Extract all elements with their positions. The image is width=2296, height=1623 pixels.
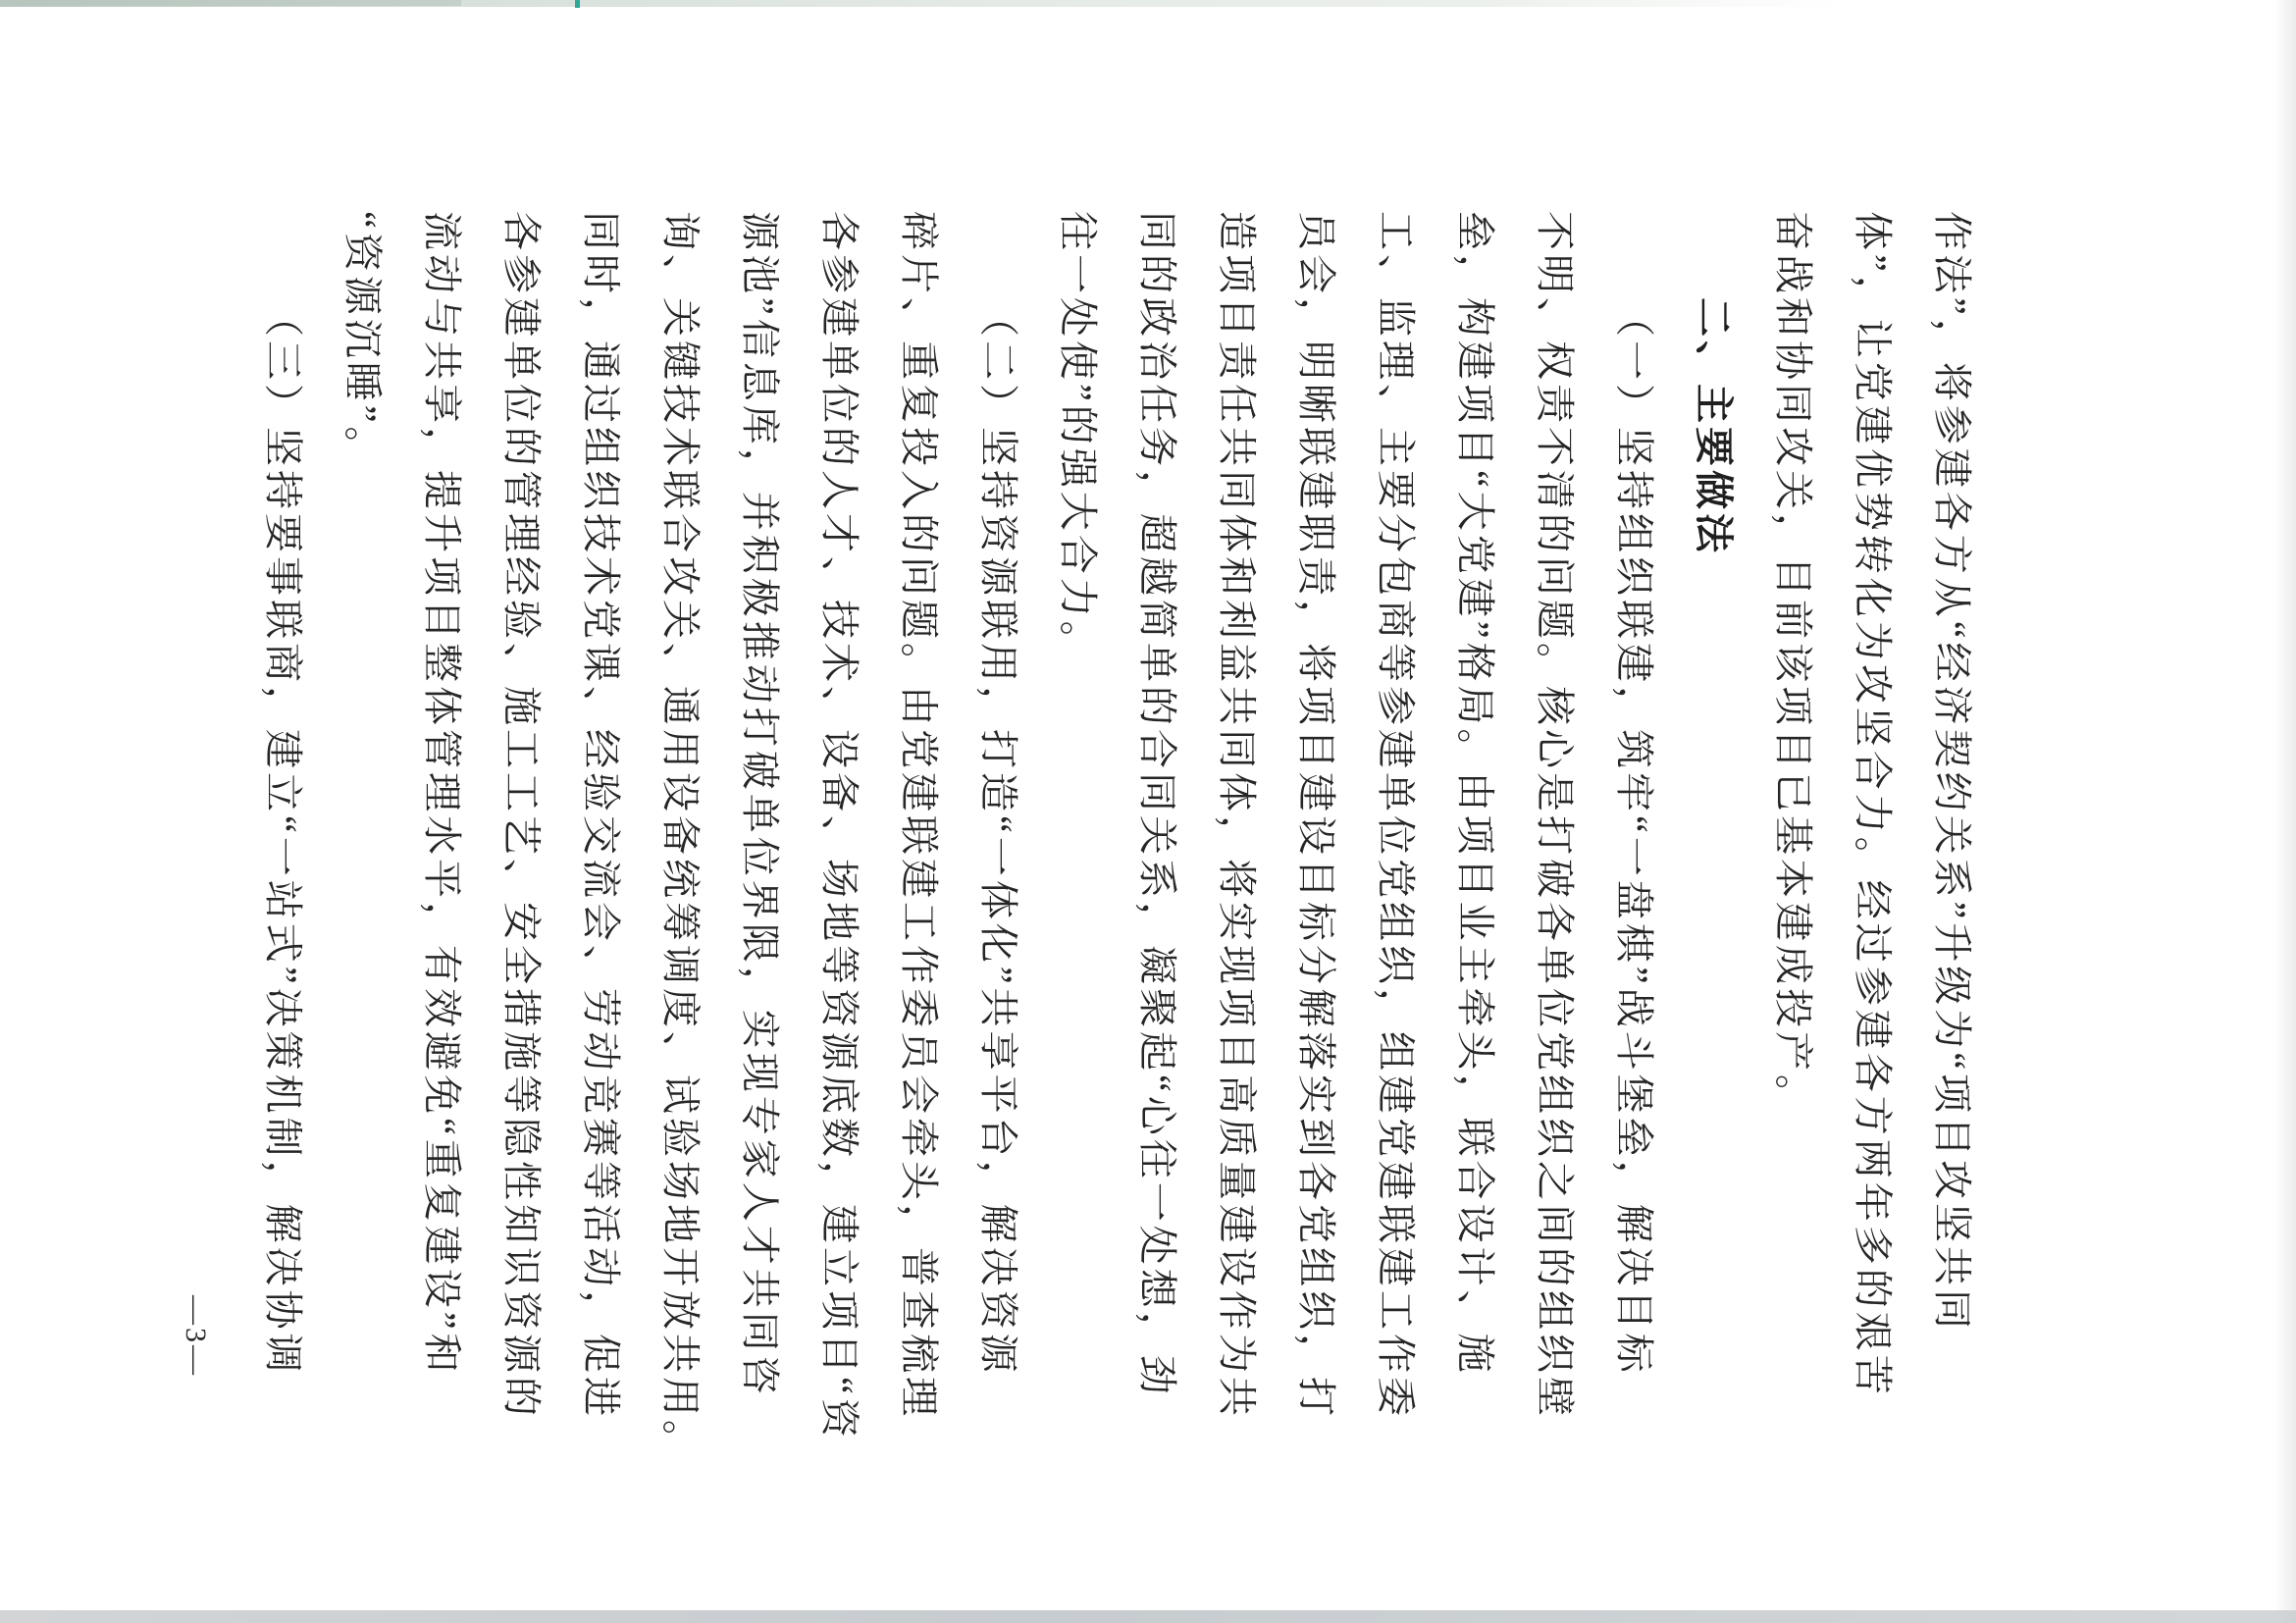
text-line: 造项目责任共同体和利益共同体，将实现项目高质量建设作为共 — [1214, 211, 1259, 1428]
scan-bottom-edge-artifact — [0, 1610, 2296, 1623]
document-page: 作法”，将参建各方从“经济契约关系”升级为“项目攻坚共同 体”，让党建优势转化为… — [0, 0, 2296, 1623]
scanned-document-screenshot: { "colors": { "paper": "#ffffff", "ink":… — [0, 0, 2296, 1623]
text-line: 往一处使”的强大合力。 — [1055, 211, 1100, 1428]
page-number: —3— — [179, 1295, 212, 1378]
paragraph-start: （二）坚持资源联用，打造“一体化”共享平台，解决资源 — [975, 211, 1020, 1514]
paragraph-start: （一）坚持组织联建，筑牢“一盘棋”战斗堡垒，解决目标 — [1611, 211, 1656, 1514]
scan-top-edge-teal-tick — [575, 0, 580, 8]
text-line: 各参建单位的管理经验、施工工艺、安全措施等隐性知识资源的 — [498, 211, 544, 1428]
text-line: 不明、权责不清的问题。核心是打破各单位党组织之间的组织壁 — [1532, 211, 1577, 1428]
text-line: 询、关键技术联合攻关、通用设备统筹调度、试验场地开放共用。 — [657, 211, 703, 1428]
text-line: 作法”，将参建各方从“经济契约关系”升级为“项目攻坚共同 — [1929, 211, 1974, 1428]
text-line: 流动与共享，提升项目整体管理水平，有效避免“重复建设”和 — [419, 211, 464, 1428]
text-line: 同的政治任务，超越简单的合同关系，凝聚起“心往一处想，劲 — [1134, 211, 1179, 1428]
text-line: 碎片、重复投入的问题。由党建联建工作委员会牵头，普查梳理 — [896, 211, 941, 1428]
scan-right-edge-shadow — [2274, 0, 2296, 1623]
text-line: 奋战和协同攻关，目前该项目已基本建成投产。 — [1770, 211, 1815, 1428]
text-line: 各参建单位的人才、技术、设备、场地等资源底数，建立项目“资 — [816, 211, 861, 1428]
text-line: “资源沉睡”。 — [339, 211, 385, 1428]
scan-paper-background: 作法”，将参建各方从“经济契约关系”升级为“项目攻坚共同 体”，让党建优势转化为… — [0, 0, 2296, 1623]
section-heading: 二、主要做法 — [1691, 211, 1736, 1514]
scan-top-edge-dark-segment — [0, 0, 461, 6]
text-line: 同时，通过组织技术党课、经验交流会、劳动竞赛等活动，促进 — [578, 211, 623, 1428]
text-line: 体”，让党建优势转化为攻坚合力。经过参建各方两年多的艰苦 — [1850, 211, 1895, 1428]
text-line: 源池”信息库，并积极推动打破单位界限，实现专家人才共同咨 — [737, 211, 782, 1428]
text-line: 垒，构建项目“大党建”格局。由项目业主牵头，联合设计、施 — [1452, 211, 1497, 1428]
paragraph-start: （三）坚持要事联商，建立“一站式”决策机制，解决协调 — [260, 211, 305, 1514]
text-line: 工、监理、主要分包商等参建单位党组织，组建党建联建工作委 — [1373, 211, 1418, 1428]
text-line: 员会，明晰联建职责，将项目建设目标分解落实到各党组织，打 — [1293, 211, 1338, 1428]
